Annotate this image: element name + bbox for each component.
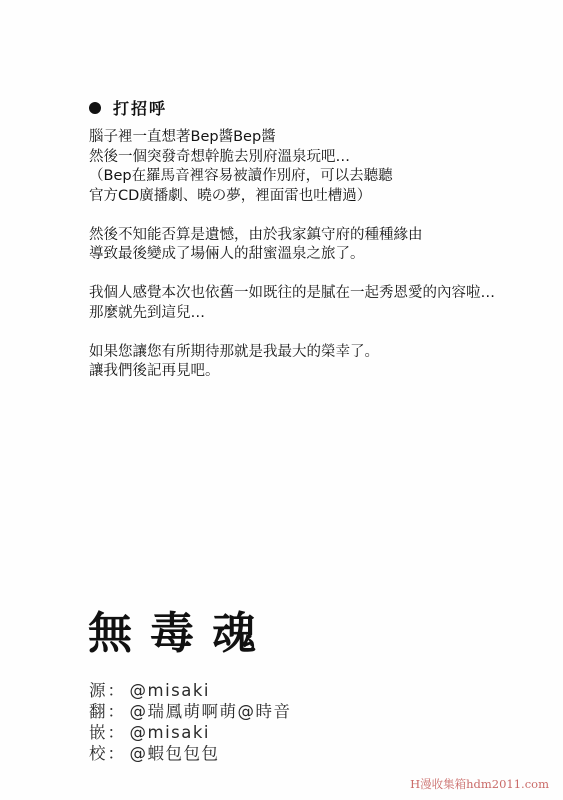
text-line: 然後不知能否算是遺憾，由於我家鎮守府的種種緣由 — [89, 226, 529, 246]
credit-separator: ： — [106, 680, 130, 701]
text-line: 讓我們後記再見吧。 — [89, 362, 529, 382]
credit-separator: ： — [106, 701, 130, 722]
logo-char: 毒 — [150, 606, 194, 662]
text-line: 那麼就先到這兒… — [89, 304, 529, 324]
text-line: 腦子裡一直想著Bep醬Bep醬 — [89, 128, 529, 148]
text-line: 如果您讓您有所期待那就是我最大的榮幸了。 — [89, 343, 529, 363]
credit-source: 源 ： @misaki — [89, 680, 292, 701]
credit-name: @瑞鳳萌啊萌@時音 — [130, 701, 292, 722]
credit-proofread: 校 ： @蝦包包包 — [89, 743, 292, 764]
credit-separator: ： — [106, 722, 130, 743]
credit-role: 校 — [89, 743, 106, 764]
text-line: 導致最後變成了場倆人的甜蜜溫泉之旅了。 — [89, 245, 529, 265]
text-line: 我個人感覺本次也依舊一如既往的是膩在一起秀恩愛的內容啦… — [89, 284, 529, 304]
text-line: 官方CD廣播劇、曉の夢，裡面雷也吐槽過） — [89, 187, 529, 207]
greeting-body: 腦子裡一直想著Bep醬Bep醬 然後一個突發奇想幹脆去別府溫泉玩吧… （Bep在… — [89, 128, 529, 401]
text-line: 然後一個突發奇想幹脆去別府溫泉玩吧… — [89, 148, 529, 168]
watermark: H漫收集箱hdm2011.com — [410, 776, 549, 792]
document-page: 打招呼 腦子裡一直想著Bep醬Bep醬 然後一個突發奇想幹脆去別府溫泉玩吧… （… — [0, 0, 563, 800]
credit-separator: ： — [106, 743, 130, 764]
logo-char: 無 — [88, 606, 132, 662]
credit-role: 翻 — [89, 701, 106, 722]
credit-name: @misaki — [130, 722, 211, 743]
credit-name: @misaki — [130, 680, 211, 701]
paragraph: 如果您讓您有所期待那就是我最大的榮幸了。 讓我們後記再見吧。 — [89, 343, 529, 382]
paragraph: 然後不知能否算是遺憾，由於我家鎮守府的種種緣由 導致最後變成了場倆人的甜蜜溫泉之… — [89, 226, 529, 265]
paragraph: 腦子裡一直想著Bep醬Bep醬 然後一個突發奇想幹脆去別府溫泉玩吧… （Bep在… — [89, 128, 529, 206]
text-line: （Bep在羅馬音裡容易被讀作別府，可以去聽聽 — [89, 167, 529, 187]
filled-circle-icon — [89, 102, 101, 114]
logo-char: 魂 — [212, 606, 256, 662]
credit-typeset: 嵌 ： @misaki — [89, 722, 292, 743]
credit-translation: 翻 ： @瑞鳳萌啊萌@時音 — [89, 701, 292, 722]
section-heading: 打招呼 — [89, 96, 167, 119]
credits-list: 源 ： @misaki 翻 ： @瑞鳳萌啊萌@時音 嵌 ： @misaki 校 … — [89, 680, 292, 764]
paragraph: 我個人感覺本次也依舊一如既往的是膩在一起秀恩愛的內容啦… 那麼就先到這兒… — [89, 284, 529, 323]
credit-role: 源 — [89, 680, 106, 701]
heading-title: 打招呼 — [113, 96, 167, 119]
credit-role: 嵌 — [89, 722, 106, 743]
group-logo: 無 毒 魂 — [88, 606, 256, 662]
credit-name: @蝦包包包 — [130, 743, 220, 764]
